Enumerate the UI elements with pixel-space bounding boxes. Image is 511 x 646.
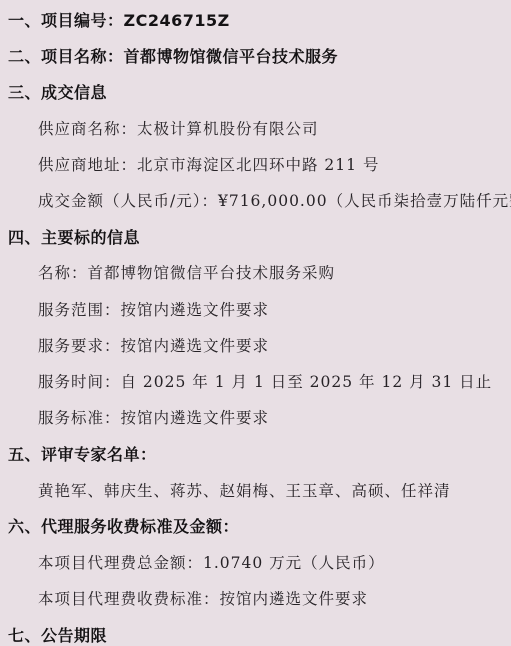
service-period-line: 服务时间：自 2025 年 1 月 1 日至 2025 年 12 月 31 日止 — [0, 363, 511, 399]
service-standard-line: 服务标准：按馆内遴选文件要求 — [0, 399, 511, 435]
subject-name-line: 名称：首都博物馆微信平台技术服务采购 — [0, 254, 511, 290]
expert-names-line: 黄艳军、韩庆生、蒋苏、赵娟梅、王玉章、高硕、任祥清 — [0, 471, 511, 507]
supplier-address-line: 供应商地址：北京市海淀区北四环中路 211 号 — [0, 146, 511, 182]
service-scope-line: 服务范围：按馆内遴选文件要求 — [0, 291, 511, 327]
award-amount-line: 成交金额（人民币/元）：¥716,000.00（人民币柒拾壹万陆仟元整） — [0, 182, 511, 218]
section-heading-project-name: 二、项目名称：首都博物馆微信平台技术服务 — [0, 37, 511, 73]
section-heading-announcement-period: 七、公告期限 — [0, 616, 511, 646]
section-heading-expert-list: 五、评审专家名单： — [0, 435, 511, 471]
agency-fee-standard-line: 本项目代理费收费标准：按馆内遴选文件要求 — [0, 580, 511, 616]
announcement-document: 一、项目编号：ZC246715Z 二、项目名称：首都博物馆微信平台技术服务 三、… — [0, 0, 511, 646]
agency-fee-total-line: 本项目代理费总金额：1.0740 万元（人民币） — [0, 544, 511, 580]
supplier-name-line: 供应商名称：太极计算机股份有限公司 — [0, 110, 511, 146]
section-heading-project-number: 一、项目编号：ZC246715Z — [0, 1, 511, 37]
section-heading-subject-info: 四、主要标的信息 — [0, 218, 511, 254]
section-heading-agency-fee: 六、代理服务收费标准及金额： — [0, 508, 511, 544]
service-requirement-line: 服务要求：按馆内遴选文件要求 — [0, 327, 511, 363]
section-heading-award-info: 三、成交信息 — [0, 73, 511, 109]
